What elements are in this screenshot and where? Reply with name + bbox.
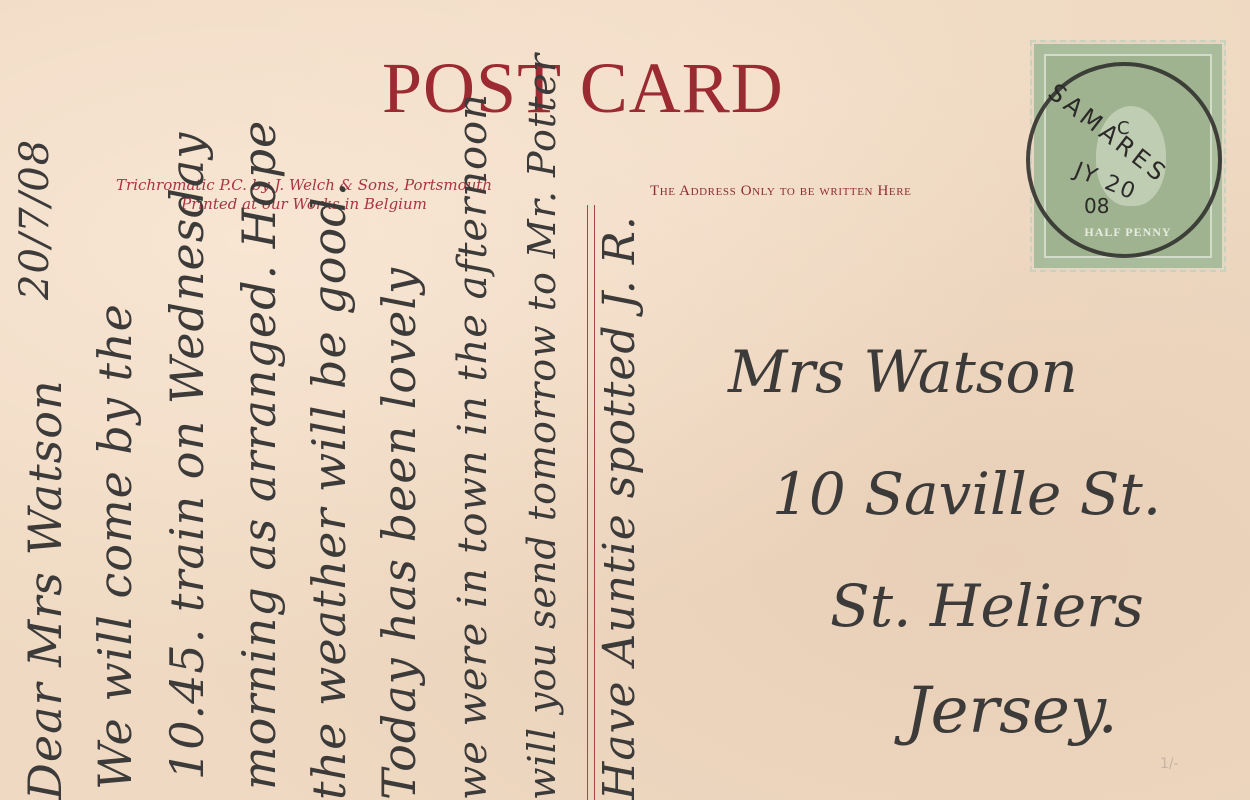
recipient-town: St. Heliers <box>830 572 1144 640</box>
message-line: 10.45. train on Wednesday <box>160 132 214 780</box>
message-line: we were in town in the afternoon <box>450 93 496 800</box>
pencil-price-note: 1/- <box>1160 756 1179 772</box>
message-line: We will come by the <box>88 303 142 790</box>
message-line: Have Auntie spotted J. R. <box>594 215 645 800</box>
message-date: 20/7/08 <box>12 139 58 300</box>
postcard-back: POST CARD Trichromatic P.C. by J. Welch … <box>0 0 1250 800</box>
message-line: morning as arranged. Hope <box>232 120 286 790</box>
postmark-code: C <box>1117 118 1130 139</box>
message-line: Today has been lovely <box>372 267 426 800</box>
postmark-year: 08 <box>1084 194 1109 218</box>
recipient-island: Jersey. <box>905 674 1118 748</box>
address-only-label: The Address Only to be written Here <box>650 183 911 200</box>
message-line: will you send tomorrow to Mr. Potter <box>520 53 564 800</box>
recipient-street: 10 Saville St. <box>772 460 1161 528</box>
recipient-name: Mrs Watson <box>728 338 1078 406</box>
postcard-title: POST CARD <box>382 52 784 124</box>
message-line: the weather will be good. <box>302 181 356 800</box>
message-line: Dear Mrs Watson <box>18 379 72 800</box>
